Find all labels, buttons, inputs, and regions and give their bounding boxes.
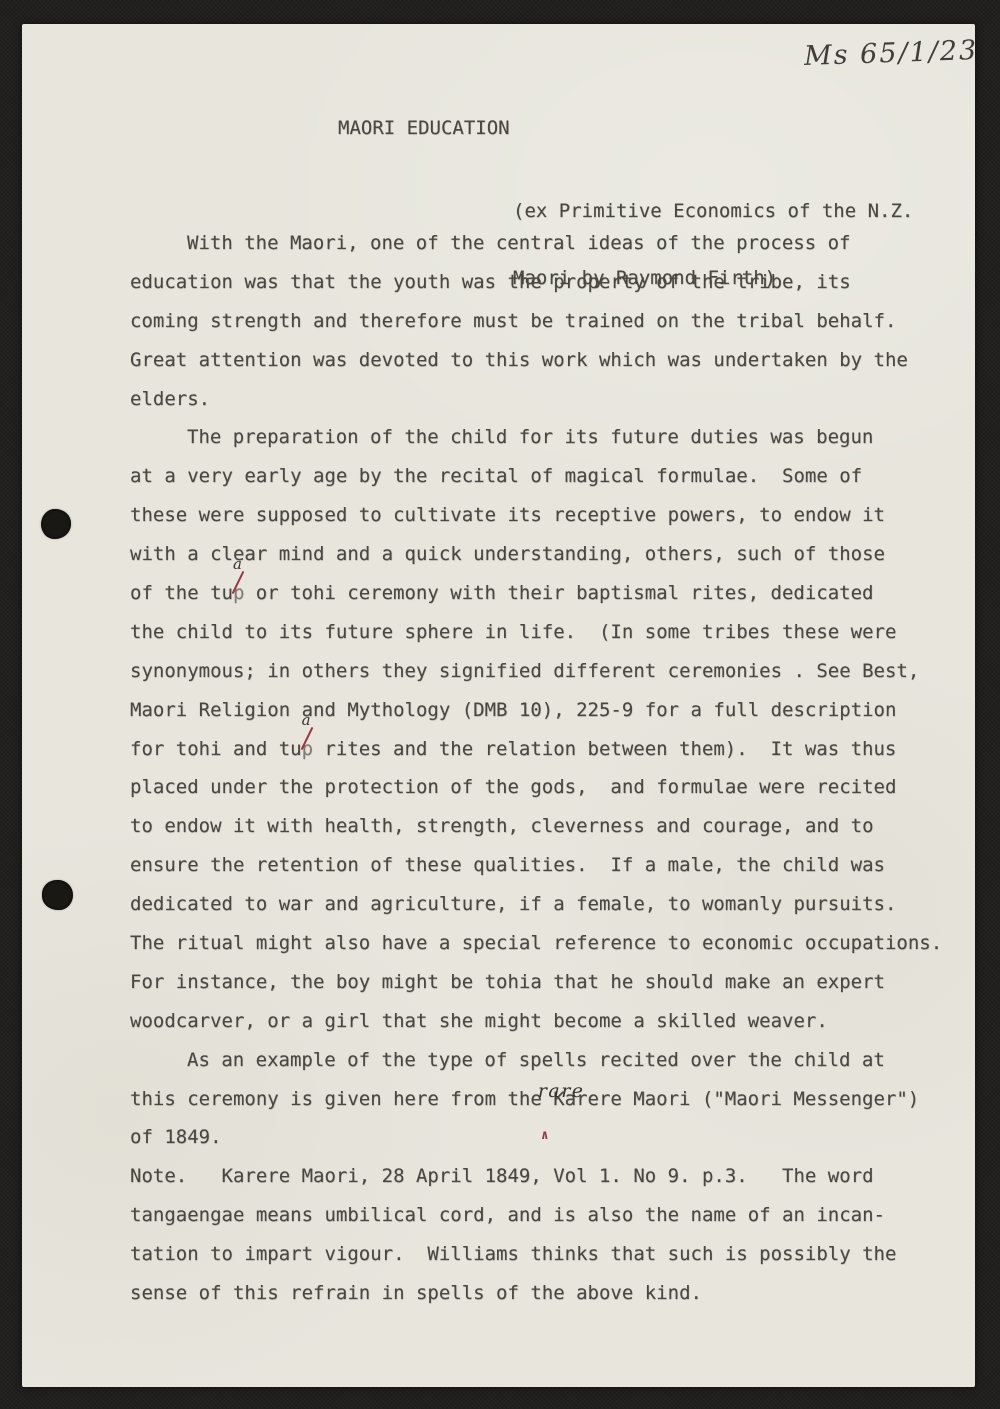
typed-text: rites and the relation between them). It… [313, 738, 896, 760]
handwritten-superscript: a [302, 713, 311, 728]
typed-line: woodcarver, or a girl that she might bec… [130, 1002, 942, 1041]
typed-line: With the Maori, one of the central ideas… [130, 224, 942, 263]
typed-line: Note. Karere Maori, 28 April 1849, Vol 1… [130, 1157, 942, 1196]
typed-line: placed under the protection of the gods,… [130, 768, 942, 807]
typed-line: The ritual might also have a special ref… [130, 924, 942, 963]
punch-hole [42, 880, 73, 910]
scan-background: Ms 65/1/23 MAORI EDUCATION (ex Primitive… [0, 0, 1000, 1409]
typed-line: of 1849. [130, 1118, 942, 1157]
typed-line: these were supposed to cultivate its rec… [130, 496, 942, 535]
punch-hole [41, 509, 71, 539]
typed-line: of the tupa or tohi ceremony with their … [130, 574, 942, 613]
typed-line: coming strength and therefore must be tr… [130, 302, 942, 341]
typed-line: For instance, the boy might be tohia tha… [130, 963, 942, 1002]
typed-body: With the Maori, one of the central ideas… [130, 224, 942, 1313]
typed-line: sense of this refrain in spells of the a… [130, 1274, 942, 1313]
archival-reference-handwritten: Ms 65/1/23 [804, 35, 979, 72]
red-strikethrough-correction: pa [233, 574, 244, 613]
typed-line: elders. [130, 380, 942, 419]
typed-text: Karere Maori ("Maori Messenger") [553, 1088, 919, 1110]
typed-line: the child to its future sphere in life. … [130, 613, 942, 652]
typed-line: synonymous; in others they signified dif… [130, 652, 942, 691]
typed-line: tation to impart vigour. Williams thinks… [130, 1235, 942, 1274]
document-title: MAORI EDUCATION [338, 116, 510, 140]
typed-text: for tohi and tu [130, 738, 302, 760]
typed-line: ensure the retention of these qualities.… [130, 846, 942, 885]
document-page: Ms 65/1/23 MAORI EDUCATION (ex Primitive… [22, 24, 975, 1387]
typed-line: for tohi and tupa rites and the relation… [130, 730, 942, 769]
typed-line: education was that the youth was the pro… [130, 263, 942, 302]
typed-line: with a clear mind and a quick understand… [130, 535, 942, 574]
typed-line: Maori Religion and Mythology (DMB 10), 2… [130, 691, 942, 730]
typed-text: this ceremony is given here from the [130, 1088, 542, 1110]
red-caret-icon: ∧ [541, 1129, 549, 1142]
typed-line: at a very early age by the recital of ma… [130, 457, 942, 496]
subtitle-line: (ex Primitive Economics of the N.Z. [513, 200, 913, 222]
typed-line: The preparation of the child for its fut… [130, 418, 942, 457]
red-strikethrough-correction: pa [302, 730, 313, 769]
typed-line: Great attention was devoted to this work… [130, 341, 942, 380]
handwritten-insert-word: rare [538, 1082, 585, 1101]
typed-text: of the tu [130, 582, 233, 604]
typed-text: or tohi ceremony with their baptismal ri… [244, 582, 873, 604]
typed-line: As an example of the type of spells reci… [130, 1041, 942, 1080]
typed-line: to endow it with health, strength, cleve… [130, 807, 942, 846]
typed-line: this ceremony is given here from therare… [130, 1080, 942, 1119]
typed-line: dedicated to war and agriculture, if a f… [130, 885, 942, 924]
typed-line: tangaengae means umbilical cord, and is … [130, 1196, 942, 1235]
handwritten-superscript: a [233, 557, 242, 572]
